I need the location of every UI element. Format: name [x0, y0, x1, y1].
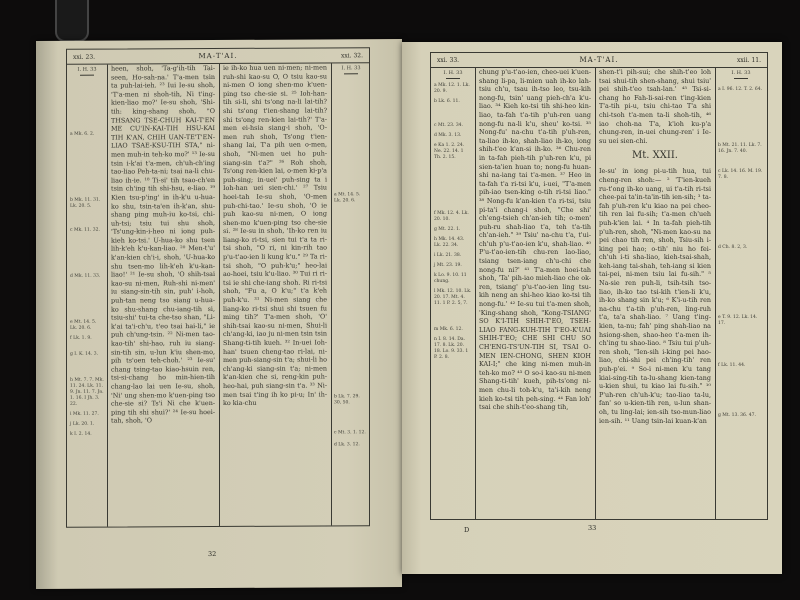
- cross-reference: a Mt. 14. 5. Lk. 20. 6.: [334, 192, 368, 204]
- margin-head: I. H. 33: [718, 70, 764, 79]
- column-rule: [107, 65, 108, 527]
- cross-reference: b Mk. 11. 31. Lk. 20. 5.: [70, 198, 104, 210]
- signature-mark: D: [464, 526, 469, 534]
- cross-reference: c Mk. 11. 32.: [70, 228, 104, 234]
- right-inner-margin: I. H. 33 a Mk. 12. 1. Lk. 20. 9. b Lk. 6…: [434, 68, 472, 519]
- left-page-header: xxi. 23. MA-T'AI. xxi. 32.: [67, 48, 369, 65]
- cross-reference: i Lk. 21. 38.: [434, 253, 472, 259]
- right-header-title: MA-T'AI.: [431, 56, 767, 64]
- cross-reference: f Lk. 11. 44.: [718, 363, 764, 369]
- chapter-heading: Mt. XXII.: [599, 149, 711, 163]
- cross-reference: c Mt. 23. 34.: [434, 123, 472, 129]
- cross-reference: a I. 96. 12. T. 2. 64.: [718, 87, 764, 93]
- cross-reference: d Lk. 3. 12.: [334, 442, 368, 448]
- column-rule: [331, 63, 332, 525]
- cross-reference: g Mt. 22. 1.: [434, 227, 472, 233]
- cross-reference: b Lk. 7. 29. 30, 50.: [334, 394, 368, 406]
- cross-reference: d Mk. 3. 13.: [434, 133, 472, 139]
- left-header-title: MA-T'AI.: [67, 51, 369, 61]
- cross-reference: c Lk. 14. 16. M. 19. 7. 8.: [718, 169, 764, 181]
- right-col2-bottom: Ie-su' in iong pi-u-tih hua, tui cheng-r…: [599, 167, 711, 425]
- right-text-column-2: shen-t'i pih-sui; che shih-t'eo loh tsai…: [599, 68, 711, 519]
- cross-reference: k Lo. 9. 10. 11 chung.: [434, 273, 472, 285]
- left-inner-margin: I. H. 33 a Mk. 6. 2. b Mk. 11. 31. Lk. 2…: [70, 65, 104, 527]
- column-rule: [595, 68, 596, 519]
- cross-reference: d Ch. 8. 2, 3.: [718, 245, 764, 251]
- cross-reference: a Mk. 12. 1. Lk. 20. 9.: [434, 83, 472, 95]
- right-text-column-1: chung p'u-t'ao-ien, cheo-uei k'uen-shang…: [479, 68, 591, 519]
- right-page: xxi. 33. MA-T'AI. xxii. 11. I. H. 33 a M…: [402, 42, 782, 574]
- cross-reference: g I. K. 14. 3.: [70, 352, 104, 358]
- cross-reference: h Mk. 14. 43. Lk. 22. 34.: [434, 237, 472, 249]
- cross-reference: f Mk. 12. 4. Lk. 20. 10.: [434, 211, 472, 223]
- cross-reference: g Mt. 13. 36. 47.: [718, 413, 764, 419]
- page-number-right: 33: [588, 524, 596, 532]
- book-clip: [55, 0, 89, 42]
- right-page-frame: xxi. 33. MA-T'AI. xxii. 11. I. H. 33 a M…: [430, 52, 768, 520]
- left-outer-margin: I. H. 33 a Mt. 14. 5. Lk. 20. 6. b Lk. 7…: [334, 63, 368, 525]
- left-text-column-2: ie ih-ko hua uen ni-men; ni-men ruh-shi …: [223, 63, 327, 526]
- cross-reference: n I. 8. 14. Da. 17. 8. Lk. 20. 18. Lo. 9…: [434, 337, 472, 361]
- column-rule: [475, 68, 476, 519]
- right-header-verse-end: xxii. 11.: [737, 57, 761, 64]
- column-rule: [219, 64, 220, 526]
- cross-reference: f Lk. 1. 9.: [70, 336, 104, 342]
- cross-reference: b Lk. 6. 11.: [434, 99, 472, 105]
- margin-head: I. H. 33: [434, 70, 472, 79]
- cross-reference: e Mt. 14. 5. Lk. 20. 6.: [70, 320, 104, 332]
- left-text-column-1: heen, shoh, 'Ta-g'ih-tih Tai-seen, Ho-sa…: [111, 64, 215, 527]
- cross-reference: e T. 9. 12. Lk. 14. 17.: [718, 315, 764, 327]
- cross-reference: j Mt. 23. 19.: [434, 263, 472, 269]
- cross-reference: i Mk. 11. 27.: [70, 412, 104, 418]
- cross-reference: j Lk. 20. 1.: [70, 422, 104, 428]
- left-page-frame: xxi. 23. MA-T'AI. xxi. 32. I. H. 33 a Mk…: [66, 47, 370, 528]
- left-page: xxi. 23. MA-T'AI. xxi. 32. I. H. 33 a Mk…: [36, 39, 402, 589]
- cross-reference: l Mk. 12. 10. Lk. 20. 17. Mt. 4. 11. 1 P…: [434, 289, 472, 307]
- right-col2-top: shen-t'i pih-sui; che shih-t'eo loh tsai…: [599, 68, 711, 145]
- left-header-verse-end: xxi. 32.: [341, 52, 363, 59]
- cross-reference: c Mt. 3. 1. 12.: [334, 430, 368, 436]
- right-page-header: xxi. 33. MA-T'AI. xxii. 11.: [431, 53, 767, 68]
- right-outer-margin: I. H. 33 a I. 96. 12. T. 2. 64. b Mt. 21…: [718, 68, 764, 519]
- cross-reference: a Mk. 6. 2.: [70, 132, 104, 138]
- cross-reference: h Mt. 7. 7. Mk. 11. 24. Lk. 11. 9. Jn. 1…: [70, 378, 104, 408]
- margin-head: I. H. 33: [70, 67, 104, 76]
- page-number-left: 32: [208, 550, 216, 558]
- cross-reference: m Mk. 6. 12.: [434, 327, 472, 333]
- margin-head: I. H. 33: [334, 65, 368, 74]
- cross-reference: d Mk. 11. 33.: [70, 274, 104, 280]
- cross-reference: k I. 2. 14.: [70, 432, 104, 438]
- cross-reference: b Mt. 21. 11. Lk. 7. 16. Jn. 7. 40.: [718, 143, 764, 155]
- cross-reference: e Ka 1. 2. 24. Ne. 22. 14. 1 Th. 2. 15.: [434, 143, 472, 161]
- column-rule: [715, 68, 716, 519]
